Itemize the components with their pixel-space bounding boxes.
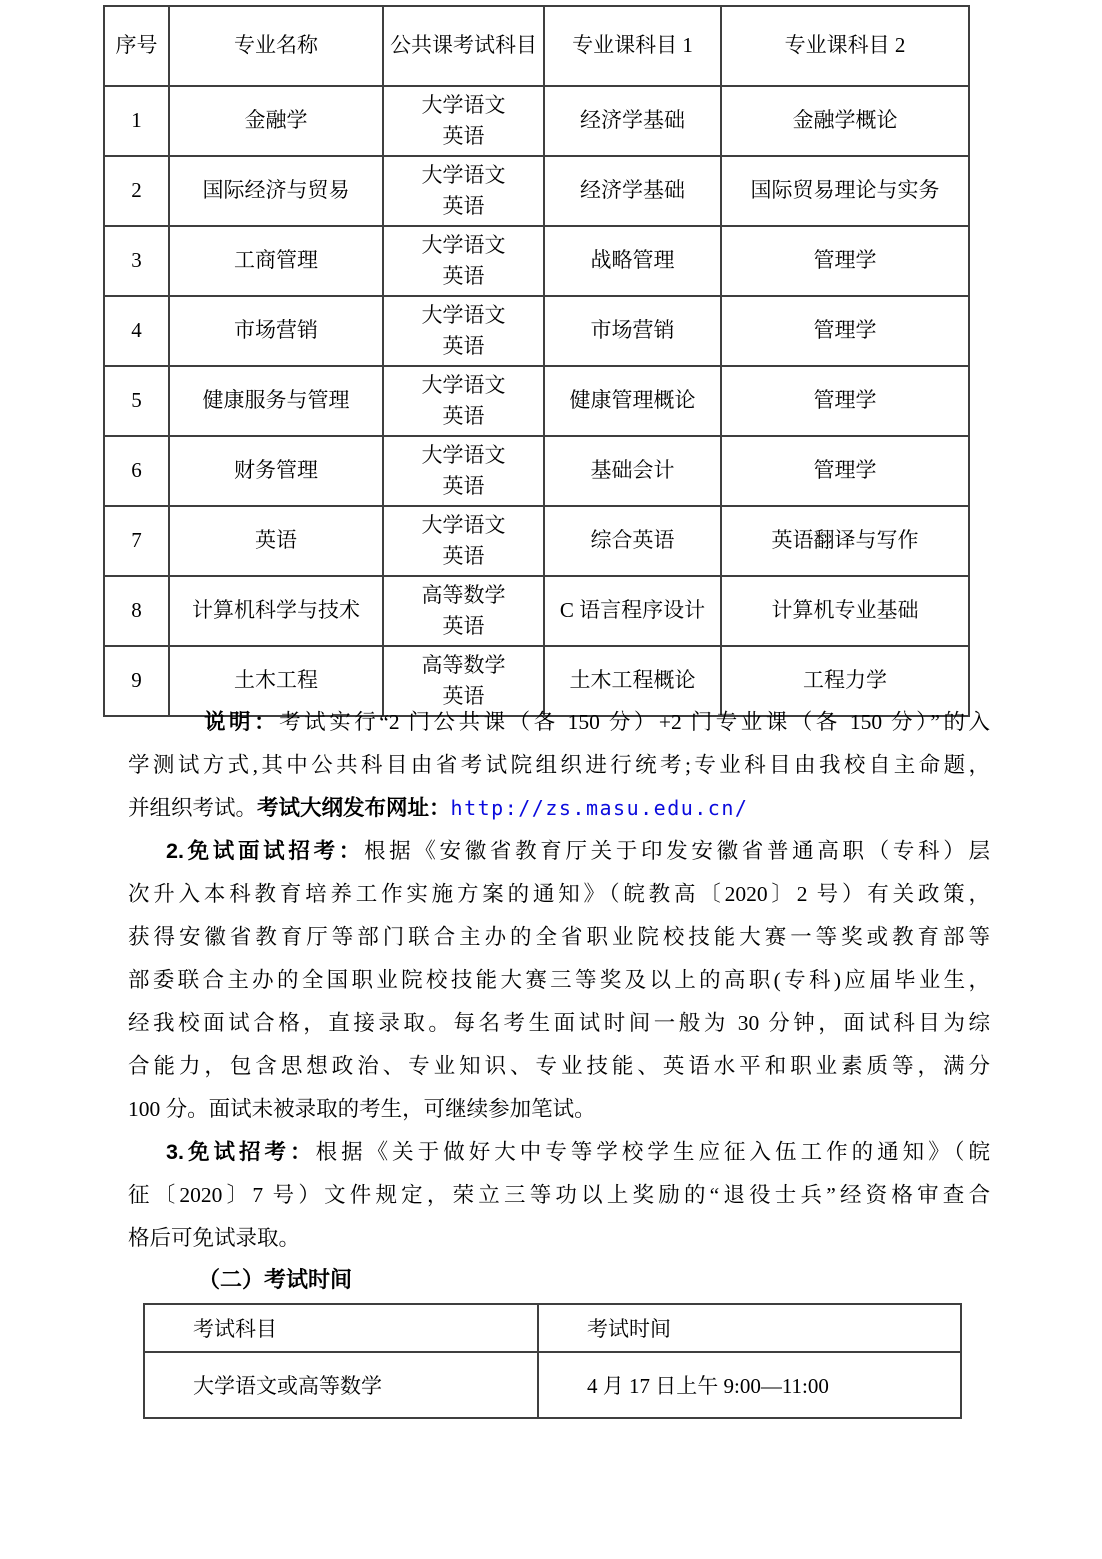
bold-label: 考试大纲发布网址： bbox=[257, 796, 451, 820]
paragraph-1: 说明：考试实行“2 门公共课（各 150 分）+2 门专业课（各 150 分）”… bbox=[128, 701, 990, 830]
subjects-table-cell: 大学语文英语 bbox=[383, 86, 544, 156]
paragraph-line: 合能力，包含思想政治、专业知识、专业技能、英语水平和职业素质等，满分 bbox=[128, 1045, 990, 1088]
subjects-table-cell: 6 bbox=[104, 436, 169, 506]
subjects-table-row: 3工商管理大学语文英语战略管理管理学 bbox=[104, 226, 969, 296]
text-run: 格后可免试录取。 bbox=[128, 1226, 300, 1250]
subjects-table-header-cell: 专业课科目 1 bbox=[544, 6, 721, 86]
subjects-table-cell: 金融学概论 bbox=[721, 86, 969, 156]
paragraph-line: 说明：考试实行“2 门公共课（各 150 分）+2 门专业课（各 150 分）”… bbox=[128, 701, 990, 744]
subjects-table-cell: 财务管理 bbox=[169, 436, 383, 506]
paragraph-line: 部委联合主办的全国职业院校技能大赛三等奖及以上的高职(专科)应届毕业生， bbox=[128, 959, 990, 1002]
subjects-table-cell: 大学语文英语 bbox=[383, 436, 544, 506]
paragraph-line: 并组织考试。考试大纲发布网址：http://zs.masu.edu.cn/ bbox=[128, 787, 990, 830]
subjects-table-cell: 战略管理 bbox=[544, 226, 721, 296]
paragraph-line: 经我校面试合格，直接录取。每名考生面试时间一般为 30 分钟，面试科目为综 bbox=[128, 1002, 990, 1045]
paragraph-line: 3.免试招考：根据《关于做好大中专等学校学生应征入伍工作的通知》（皖 bbox=[128, 1131, 990, 1174]
bold-label: 3.免试招考： bbox=[166, 1140, 316, 1164]
subjects-table-cell: 经济学基础 bbox=[544, 86, 721, 156]
subjects-table-cell: 大学语文英语 bbox=[383, 506, 544, 576]
section-heading-exam-time: （二）考试时间 bbox=[198, 1264, 352, 1296]
time-table-row: 考试科目考试时间 bbox=[144, 1304, 961, 1352]
subjects-table-cell: 综合英语 bbox=[544, 506, 721, 576]
subjects-table-row: 序号专业名称公共课考试科目专业课科目 1专业课科目 2 bbox=[104, 6, 969, 86]
paragraph-line: 学测试方式,其中公共科目由省考试院组织进行统考;专业科目由我校自主命题， bbox=[128, 744, 990, 787]
text-run: 考试实行“2 门公共课（各 150 分）+2 门专业课（各 150 分）”的入 bbox=[279, 710, 990, 734]
subjects-table-cell: 市场营销 bbox=[544, 296, 721, 366]
subjects-table-cell: 2 bbox=[104, 156, 169, 226]
subjects-table-cell: 英语 bbox=[169, 506, 383, 576]
text-run: 100 分。面试未被录取的考生，可继续参加笔试。 bbox=[128, 1097, 596, 1121]
subjects-table-cell: 计算机专业基础 bbox=[721, 576, 969, 646]
body-text: 说明：考试实行“2 门公共课（各 150 分）+2 门专业课（各 150 分）”… bbox=[128, 701, 990, 1260]
text-run: 合能力，包含思想政治、专业知识、专业技能、英语水平和职业素质等，满分 bbox=[128, 1054, 990, 1078]
subjects-table-cell: 市场营销 bbox=[169, 296, 383, 366]
subjects-table-cell: 工商管理 bbox=[169, 226, 383, 296]
subjects-table-cell: 管理学 bbox=[721, 366, 969, 436]
subjects-table-row: 7英语大学语文英语综合英语英语翻译与写作 bbox=[104, 506, 969, 576]
text-run: 次升入本科教育培养工作实施方案的通知》（皖教高〔2020〕2 号）有关政策， bbox=[128, 882, 990, 906]
text-run: 部委联合主办的全国职业院校技能大赛三等奖及以上的高职(专科)应届毕业生， bbox=[128, 968, 990, 992]
exam-time-table: 考试科目考试时间大学语文或高等数学4 月 17 日上午 9:00—11:00 bbox=[143, 1303, 962, 1419]
subjects-exam-table: 序号专业名称公共课考试科目专业课科目 1专业课科目 21金融学大学语文英语经济学… bbox=[103, 5, 970, 717]
time-table-header-cell: 考试时间 bbox=[538, 1304, 961, 1352]
subjects-table-cell: 国际经济与贸易 bbox=[169, 156, 383, 226]
time-table-header-cell: 考试科目 bbox=[144, 1304, 538, 1352]
time-table-cell: 大学语文或高等数学 bbox=[144, 1352, 538, 1418]
bold-label: 说明： bbox=[204, 710, 279, 734]
subjects-table-cell: 3 bbox=[104, 226, 169, 296]
subjects-table-cell: 7 bbox=[104, 506, 169, 576]
text-run: 经我校面试合格，直接录取。每名考生面试时间一般为 30 分钟，面试科目为综 bbox=[128, 1011, 990, 1035]
subjects-table-cell: 大学语文英语 bbox=[383, 366, 544, 436]
paragraph-line: 获得安徽省教育厅等部门联合主办的全省职业院校技能大赛一等奖或教育部等 bbox=[128, 916, 990, 959]
subjects-table-cell: 计算机科学与技术 bbox=[169, 576, 383, 646]
subjects-table-cell: 健康服务与管理 bbox=[169, 366, 383, 436]
subjects-table-row: 5健康服务与管理大学语文英语健康管理概论管理学 bbox=[104, 366, 969, 436]
time-table-cell: 4 月 17 日上午 9:00—11:00 bbox=[538, 1352, 961, 1418]
subjects-table-cell: 1 bbox=[104, 86, 169, 156]
text-run: 学测试方式,其中公共科目由省考试院组织进行统考;专业科目由我校自主命题， bbox=[128, 753, 990, 777]
subjects-table-cell: 健康管理概论 bbox=[544, 366, 721, 436]
text-run: 根据《安徽省教育厅关于印发安徽省普通高职（专科）层 bbox=[364, 839, 990, 863]
document-page: 序号专业名称公共课考试科目专业课科目 1专业课科目 21金融学大学语文英语经济学… bbox=[0, 0, 1102, 1559]
subjects-table-cell: 大学语文英语 bbox=[383, 296, 544, 366]
subjects-table-row: 8计算机科学与技术高等数学英语C 语言程序设计计算机专业基础 bbox=[104, 576, 969, 646]
paragraph-line: 次升入本科教育培养工作实施方案的通知》（皖教高〔2020〕2 号）有关政策， bbox=[128, 873, 990, 916]
text-run: 征〔2020〕7 号）文件规定，荣立三等功以上奖励的“退役士兵”经资格审查合 bbox=[128, 1183, 990, 1207]
paragraph-2: 2.免试面试招考：根据《安徽省教育厅关于印发安徽省普通高职（专科）层次升入本科教… bbox=[128, 830, 990, 1131]
subjects-table-header-cell: 公共课考试科目 bbox=[383, 6, 544, 86]
paragraph-line: 征〔2020〕7 号）文件规定，荣立三等功以上奖励的“退役士兵”经资格审查合 bbox=[128, 1174, 990, 1217]
subjects-table-cell: 大学语文英语 bbox=[383, 156, 544, 226]
text-run: 获得安徽省教育厅等部门联合主办的全省职业院校技能大赛一等奖或教育部等 bbox=[128, 925, 990, 949]
subjects-table-cell: 国际贸易理论与实务 bbox=[721, 156, 969, 226]
paragraph-line: 2.免试面试招考：根据《安徽省教育厅关于印发安徽省普通高职（专科）层 bbox=[128, 830, 990, 873]
subjects-table-cell: 管理学 bbox=[721, 436, 969, 506]
subjects-table-row: 1金融学大学语文英语经济学基础金融学概论 bbox=[104, 86, 969, 156]
subjects-table-cell: 英语翻译与写作 bbox=[721, 506, 969, 576]
paragraph-3: 3.免试招考：根据《关于做好大中专等学校学生应征入伍工作的通知》（皖征〔2020… bbox=[128, 1131, 990, 1260]
subjects-table-cell: 金融学 bbox=[169, 86, 383, 156]
syllabus-url-link[interactable]: http://zs.masu.edu.cn/ bbox=[451, 796, 749, 820]
subjects-table-cell: 4 bbox=[104, 296, 169, 366]
paragraph-line: 格后可免试录取。 bbox=[128, 1217, 990, 1260]
subjects-table-row: 2国际经济与贸易大学语文英语经济学基础国际贸易理论与实务 bbox=[104, 156, 969, 226]
subjects-table-cell: 经济学基础 bbox=[544, 156, 721, 226]
subjects-table-cell: 大学语文英语 bbox=[383, 226, 544, 296]
subjects-table-header-cell: 序号 bbox=[104, 6, 169, 86]
subjects-table-cell: 管理学 bbox=[721, 296, 969, 366]
subjects-table-header-cell: 专业课科目 2 bbox=[721, 6, 969, 86]
subjects-table-cell: 8 bbox=[104, 576, 169, 646]
subjects-table-cell: C 语言程序设计 bbox=[544, 576, 721, 646]
bold-label: 2.免试面试招考： bbox=[166, 839, 364, 863]
text-run: 根据《关于做好大中专等学校学生应征入伍工作的通知》（皖 bbox=[316, 1140, 990, 1164]
subjects-table-header-cell: 专业名称 bbox=[169, 6, 383, 86]
subjects-table-cell: 管理学 bbox=[721, 226, 969, 296]
subjects-table-cell: 基础会计 bbox=[544, 436, 721, 506]
subjects-table-row: 4市场营销大学语文英语市场营销管理学 bbox=[104, 296, 969, 366]
subjects-table-cell: 5 bbox=[104, 366, 169, 436]
subjects-table-cell: 高等数学英语 bbox=[383, 576, 544, 646]
paragraph-line: 100 分。面试未被录取的考生，可继续参加笔试。 bbox=[128, 1088, 990, 1131]
text-run: 并组织考试。 bbox=[128, 796, 257, 820]
subjects-table-row: 6财务管理大学语文英语基础会计管理学 bbox=[104, 436, 969, 506]
time-table-row: 大学语文或高等数学4 月 17 日上午 9:00—11:00 bbox=[144, 1352, 961, 1418]
